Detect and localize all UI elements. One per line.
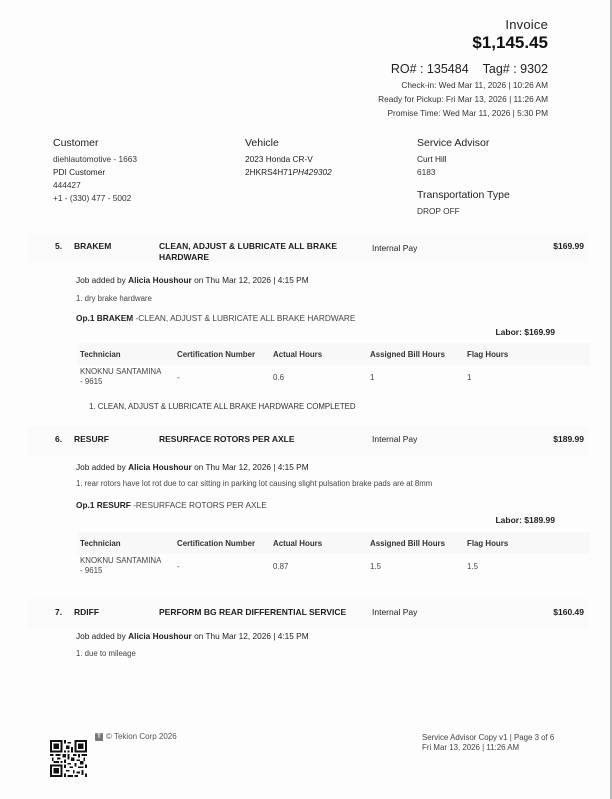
copyright-text: © Tekion Corp 2026 — [106, 732, 177, 741]
job-number: 5. — [55, 241, 62, 251]
technician-name: KNOKNU SANTAMINA- 9615 — [80, 556, 175, 576]
job-pay-type: Internal Pay — [372, 243, 417, 253]
job-code: RDIFF — [74, 607, 99, 617]
col-flag-hours: Flag Hours — [467, 539, 508, 548]
qr-code-icon — [50, 740, 87, 777]
assigned-bill-hours: 1 — [370, 373, 374, 383]
job-number: 7. — [55, 607, 62, 617]
job-header-row: 7. RDIFF PERFORM BG REAR DIFFERENTIAL SE… — [28, 599, 588, 629]
printed-timestamp: Fri Mar 13, 2026 | 11:26 AM — [422, 743, 554, 753]
job-added-by: Job added by Alicia Houshour on Thu Mar … — [76, 462, 309, 472]
ro-tag-line: RO# : 135484Tag# : 9302 — [378, 62, 548, 76]
col-certification: Certification Number — [177, 350, 255, 359]
advisor-section: Service Advisor Curt Hill 6183 Transport… — [417, 137, 510, 218]
op-code: Op.1 RESURF — [76, 500, 131, 510]
vin-suffix: PH429302 — [293, 167, 332, 177]
assigned-bill-hours: 1.5 — [370, 562, 381, 572]
job-added-by: Job added by Alicia Houshour on Thu Mar … — [76, 631, 309, 641]
job-note: 1. due to mileage — [76, 649, 136, 658]
col-technician: Technician — [80, 350, 175, 359]
col-assigned-bill-hours: Assigned Bill Hours — [370, 539, 445, 548]
customer-id: 444427 — [53, 179, 137, 192]
vehicle-vin: 2HKRS4H71PH429302 — [245, 166, 332, 179]
actual-hours: 0.87 — [273, 562, 288, 572]
ro-number: RO# : 135484 — [391, 62, 469, 76]
customer-phone: +1 - (330) 477 - 5002 — [53, 192, 137, 205]
job-pay-type: Internal Pay — [372, 434, 417, 444]
labor-total: Labor: $189.99 — [495, 515, 555, 525]
job-code: BRAKEM — [74, 241, 111, 251]
col-assigned-bill-hours: Assigned Bill Hours — [370, 350, 445, 359]
advisor-name: Curt Hill — [417, 153, 510, 166]
col-actual-hours: Actual Hours — [273, 539, 322, 548]
check-in-time: Check-in: Wed Mar 11, 2026 | 10:26 AM — [378, 78, 548, 92]
job-price: $169.99 — [553, 241, 584, 251]
operation-line: Op.1 RESURF -RESURFACE ROTORS PER AXLE — [76, 500, 267, 510]
job-note: 1. dry brake hardware — [76, 294, 152, 303]
transportation-value: DROP OFF — [417, 205, 510, 218]
certification-number: - — [177, 562, 180, 572]
vehicle-section: Vehicle 2023 Honda CR-V 2HKRS4H71PH42930… — [245, 137, 332, 179]
col-certification: Certification Number — [177, 539, 255, 548]
invoice-dates: Check-in: Wed Mar 11, 2026 | 10:26 AM Re… — [378, 78, 548, 120]
op-description: -CLEAN, ADJUST & LUBRICATE ALL BRAKE HAR… — [135, 313, 355, 323]
operation-line: Op.1 BRAKEM -CLEAN, ADJUST & LUBRICATE A… — [76, 313, 355, 323]
technician-table-header: Technician Certification Number Actual H… — [77, 343, 590, 365]
vehicle-label: Vehicle — [245, 137, 332, 149]
flag-hours: 1.5 — [467, 562, 478, 572]
table-row: KNOKNU SANTAMINA- 9615 - 0.87 1.5 1.5 — [77, 554, 590, 584]
tekion-logo-icon: T — [95, 733, 103, 741]
job-pay-type: Internal Pay — [372, 607, 417, 617]
job-added-by: Job added by Alicia Houshour on Thu Mar … — [76, 275, 309, 285]
certification-number: - — [177, 373, 180, 383]
advisor-label: Service Advisor — [417, 137, 510, 149]
technician-table-header: Technician Certification Number Actual H… — [77, 532, 590, 554]
customer-section: Customer diehlautomotive - 1663 PDI Cust… — [53, 137, 137, 205]
op-code: Op.1 BRAKEM — [76, 313, 133, 323]
job-code: RESURF — [74, 434, 109, 444]
col-technician: Technician — [80, 539, 175, 548]
job-note: 1. rear rotors have lot rot due to car s… — [76, 479, 432, 488]
table-row: KNOKNU SANTAMINA- 9615 - 0.6 1 1 — [77, 365, 590, 395]
footer-page-info: Service Advisor Copy v1 | Page 3 of 6 Fr… — [422, 733, 554, 753]
invoice-page: Invoice $1,145.45 RO# : 135484Tag# : 930… — [0, 0, 612, 799]
job-price: $160.49 — [553, 607, 584, 617]
job-section: 6. RESURF RESURFACE ROTORS PER AXLE Inte… — [28, 426, 588, 456]
transportation-label: Transportation Type — [417, 189, 510, 201]
technician-table: Technician Certification Number Actual H… — [77, 343, 590, 395]
invoice-title: Invoice — [378, 17, 548, 32]
flag-hours: 1 — [467, 373, 471, 383]
job-section: 5. BRAKEM CLEAN, ADJUST & LUBRICATE ALL … — [28, 233, 588, 263]
technician-table: Technician Certification Number Actual H… — [77, 532, 590, 584]
op-description: -RESURFACE ROTORS PER AXLE — [133, 500, 267, 510]
customer-name: diehlautomotive - 1663 — [53, 153, 137, 166]
job-price: $189.99 — [553, 434, 584, 444]
actual-hours: 0.6 — [273, 373, 284, 383]
copy-page-info: Service Advisor Copy v1 | Page 3 of 6 — [422, 733, 554, 743]
vin-prefix: 2HKRS4H71 — [245, 167, 293, 177]
footer-copyright: T © Tekion Corp 2026 — [95, 732, 177, 741]
job-number: 6. — [55, 434, 62, 444]
invoice-header: Invoice $1,145.45 RO# : 135484Tag# : 930… — [378, 17, 548, 120]
advisor-id: 6183 — [417, 166, 510, 179]
job-header-row: 5. BRAKEM CLEAN, ADJUST & LUBRICATE ALL … — [28, 233, 588, 263]
col-flag-hours: Flag Hours — [467, 350, 508, 359]
job-description: RESURFACE ROTORS PER AXLE — [159, 434, 399, 445]
completed-note: 1. CLEAN, ADJUST & LUBRICATE ALL BRAKE H… — [89, 402, 356, 411]
customer-label: Customer — [53, 137, 137, 149]
technician-name: KNOKNU SANTAMINA- 9615 — [80, 367, 175, 387]
col-actual-hours: Actual Hours — [273, 350, 322, 359]
tag-number: Tag# : 9302 — [483, 62, 548, 76]
job-header-row: 6. RESURF RESURFACE ROTORS PER AXLE Inte… — [28, 426, 588, 456]
invoice-total: $1,145.45 — [378, 33, 548, 53]
job-section: 7. RDIFF PERFORM BG REAR DIFFERENTIAL SE… — [28, 599, 588, 629]
customer-type: PDI Customer — [53, 166, 137, 179]
vehicle-model: 2023 Honda CR-V — [245, 153, 332, 166]
job-description: PERFORM BG REAR DIFFERENTIAL SERVICE — [159, 607, 399, 618]
ready-for-pickup-time: Ready for Pickup: Fri Mar 13, 2026 | 11:… — [378, 92, 548, 106]
job-description: CLEAN, ADJUST & LUBRICATE ALL BRAKE HARD… — [159, 241, 339, 263]
labor-total: Labor: $169.99 — [495, 327, 555, 337]
promise-time: Promise Time: Wed Mar 11, 2026 | 5:30 PM — [378, 106, 548, 120]
